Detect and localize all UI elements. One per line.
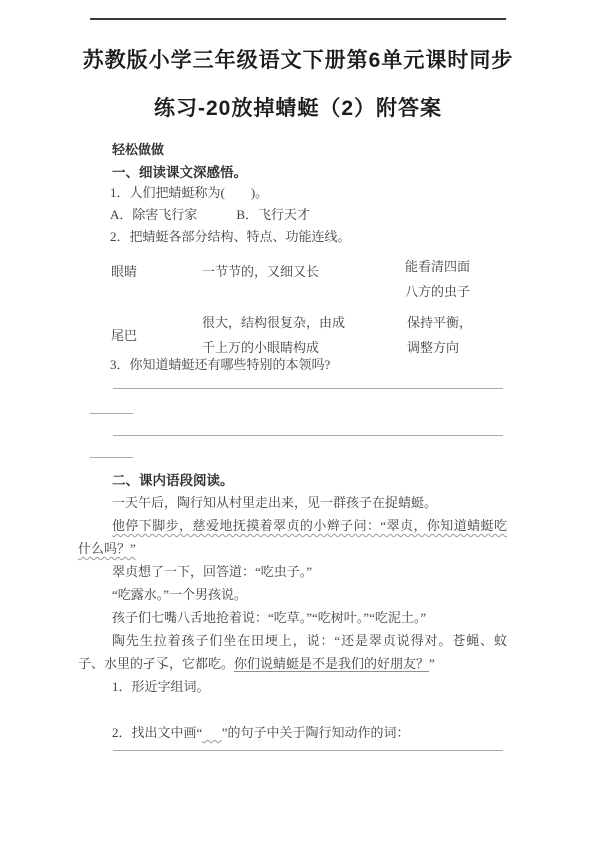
section1-tagline: 轻松做做 — [112, 139, 164, 158]
sub-question-2: 2．找出文中画“ ”的句子中关于陶行知动作的词： — [78, 721, 507, 744]
match-row2-feature: 很大，结构很复杂，由成 千上万的小眼睛构成 — [202, 310, 345, 360]
answer-line-bottom — [113, 750, 503, 751]
answer-line-1 — [113, 388, 503, 389]
passage-paragraph-1: 一天午后，陶行知从村里走出来，见一群孩子在捉蜻蜓。 — [78, 491, 507, 514]
page-top-rule — [90, 18, 506, 20]
passage-paragraph-2: 他停下脚步，慈爱地抚摸着翠贞的小辫子问：“翠贞，你知道蜻蜓吃什么吗？” — [78, 514, 507, 560]
match-row1-function: 能看清四面 八方的虫子 — [405, 254, 470, 304]
match-row2-function-line2: 调整方向 — [407, 335, 472, 360]
question-1-options: A．除害飞行家 B．飞行天才 — [110, 206, 310, 224]
reading-passage: 一天午后，陶行知从村里走出来，见一群孩子在捉蜻蜓。 他停下脚步，慈爱地抚摸着翠贞… — [78, 491, 507, 751]
match-row1-function-line2: 八方的虫子 — [405, 279, 470, 304]
match-row2-feature-line1: 很大，结构很复杂，由成 — [202, 310, 345, 335]
match-row2-function: 保持平衡， 调整方向 — [407, 310, 472, 360]
question-2: 2．把蜻蜓各部分结构、特点、功能连线。 — [110, 228, 351, 246]
match-row1-feature: 一节节的，又细又长 — [202, 259, 319, 284]
doc-title-line-2: 练习-20放掉蜻蜓（2）附答案 — [0, 92, 596, 122]
passage-paragraph-5: 孩子们七嘴八舌地抢着说：“吃草。”“吃树叶。”“吃泥土。” — [78, 606, 507, 629]
match-row1-function-line1: 能看清四面 — [405, 254, 470, 279]
wavy-line-symbol — [202, 725, 222, 740]
match-row1-part: 眼睛 — [111, 259, 137, 284]
passage-paragraph-3: 翠贞想了一下，回答道：“吃虫子。” — [78, 560, 507, 583]
answer-line-2 — [113, 435, 503, 436]
worksheet-page: 苏教版小学三年级语文下册第6单元课时同步 练习-20放掉蜻蜓（2）附答案 轻松做… — [0, 0, 596, 842]
sub-question-2-tail: ”的句子中关于陶行知动作的词： — [222, 725, 410, 740]
section2-heading: 二、课内语段阅读。 — [112, 469, 234, 489]
answer-line-2-stub — [90, 457, 133, 458]
passage-paragraph-4: “吃露水。”一个男孩说。 — [78, 583, 507, 606]
match-row2-function-line1: 保持平衡， — [407, 310, 472, 335]
answer-line-1-stub — [90, 413, 133, 414]
match-row2-part: 尾巴 — [111, 323, 137, 348]
question-1: 1．人们把蜻蜓称为( )。 — [110, 184, 268, 202]
wavy-underlined-sentence: 他停下脚步，慈爱地抚摸着翠贞的小辫子问：“翠贞，你知道蜻蜓吃什么吗？” — [78, 518, 507, 556]
question-3: 3．你知道蜻蜓还有哪些特别的本领吗? — [110, 356, 330, 374]
sub-question-1: 1．形近字组词。 — [78, 675, 507, 698]
paragraph-6-close-quote: ” — [429, 656, 435, 671]
straight-underlined-sentence: 你们说蜻蜓是不是我们的好朋友？ — [234, 656, 429, 671]
section1-heading: 一、细读课文深感悟。 — [112, 161, 247, 181]
sub-question-2-lead: 2．找出文中画“ — [112, 725, 202, 740]
doc-title-line-1: 苏教版小学三年级语文下册第6单元课时同步 — [0, 44, 596, 74]
passage-paragraph-6: 陶先生拉着孩子们坐在田埂上，说：“还是翠贞说得对。苍蝇、蚊子、水里的孑孓，它都吃… — [78, 629, 507, 675]
